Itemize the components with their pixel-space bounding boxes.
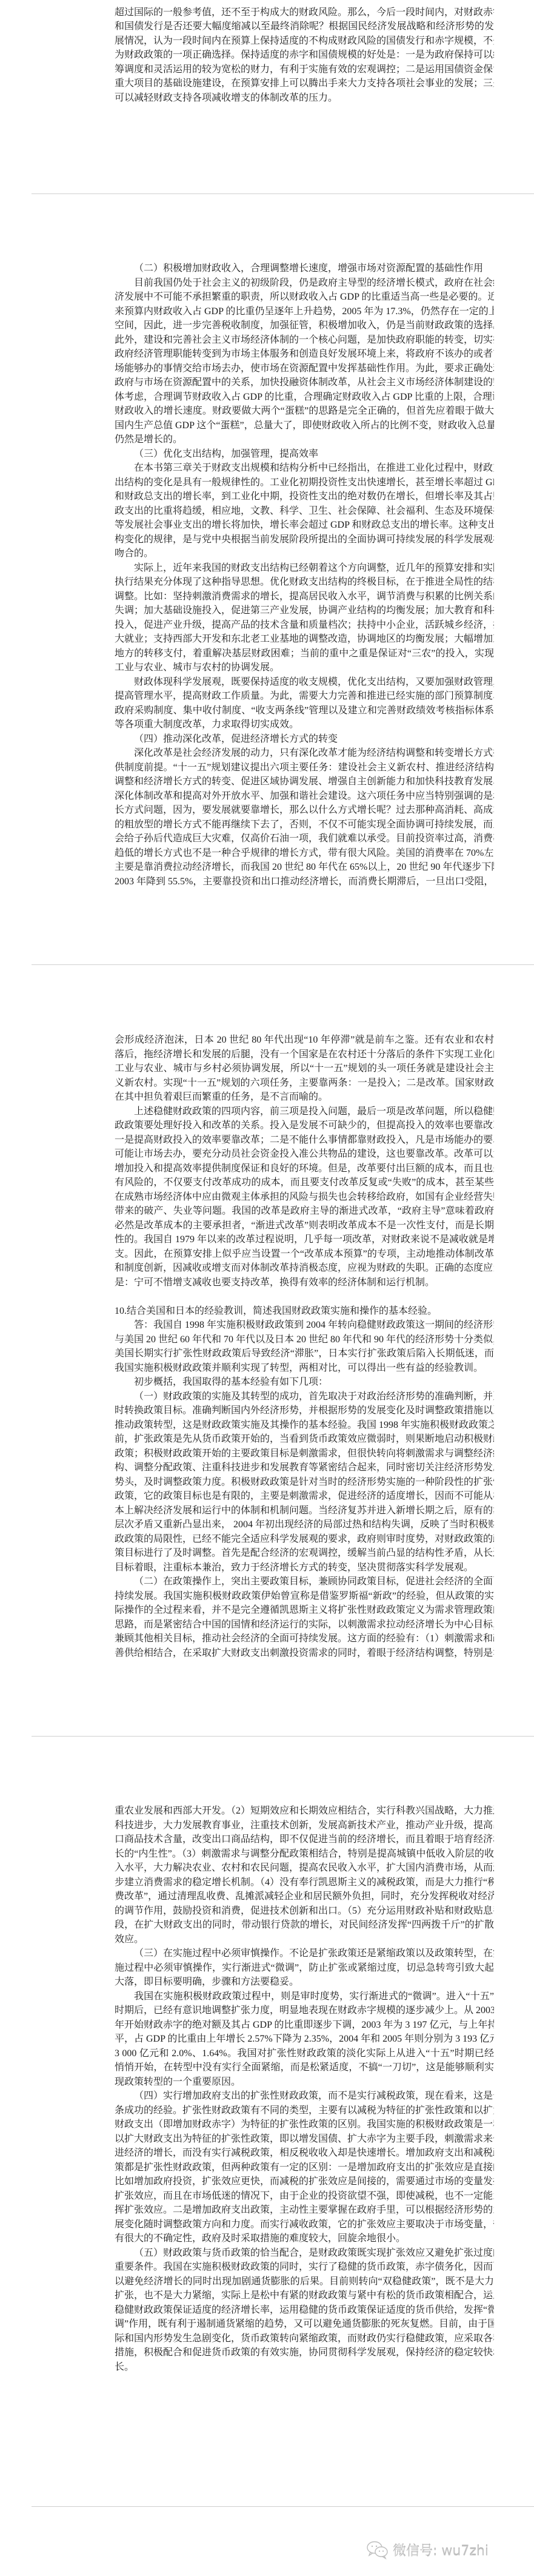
text-line: 为财政政策的一项正确选择。保持适度的赤字和国债规模的好处是：一是为政府保持可以统 xyxy=(115,48,494,62)
text-line: 答：我国自 1998 年实施积极财政政策到 2004 年转向稳健财政政策这一期间… xyxy=(115,1318,494,1333)
text-line: 和制度创新，因减收或增支而对体制改革持消极态度，应视为财政的失职。正确的态度应当 xyxy=(115,1261,494,1276)
text-line: 重大项目的基础设施建设，在预算安排上可以腾出手来大力支持各项社会事业的发展；三是 xyxy=(115,76,494,91)
watermark-label: 微信号: wu7zhi xyxy=(393,2541,489,2560)
text-line: 大落，即目标要明确，步骤和方法要稳妥。 xyxy=(115,1975,494,1989)
document-page: 超过国际的一般参考值，还不至于构成大的财政风险。那么，今后一段时间内，对财政赤字… xyxy=(115,0,494,105)
section-heading: 10.结合美国和日本的经验教训，简述我国财政政策实施和操作的基本经验。 xyxy=(115,1304,494,1319)
text-line: 现政策转型的一个重要原因。 xyxy=(115,2075,494,2090)
blank-line xyxy=(115,1290,494,1304)
text-line: 势头，及时调整政策力度。积极财政政策是针对当时的经济形势实施的一种阶段性的扩张性 xyxy=(115,1475,494,1490)
text-line: 工业与农业、城市与农村的协调发展。 xyxy=(115,661,494,675)
text-line: 效应。 xyxy=(115,1932,494,1947)
text-line: 在其中担负着艰巨而繁重的任务，是不言而喻的。 xyxy=(115,1090,494,1105)
text-line: 比如增加政府投资，扩张效应更快，而减税的扩张效应是间接的，需要通过市场的变量发挥 xyxy=(115,2174,494,2189)
text-line: 一是提高财政投入的效率要靠改革；二是不能什么事情都靠财政投入，凡是市场能办的要尽 xyxy=(115,1133,494,1148)
text-line: 财政体现科学发展观，既要保持适度的收支规模，优化支出结构，又要加强财政管理， xyxy=(115,675,494,690)
text-line: 策目标进行了及时调整。首先是配合经济的宏观调控，缓解当前凸显的结构性矛盾，从长远 xyxy=(115,1546,494,1561)
text-line: 趋低的增长方式也不是一种合乎规律的增长方式，带有很大风险。美国的消费率在 70%… xyxy=(115,846,494,861)
text-line: 此外，建设和完善社会主义市场经济体制的一个核心问题，是加快政府职能的转变，切实把 xyxy=(115,333,494,348)
text-line: 义新农村。实现“十一五”规划的六项任务，主要靠两条：一是投入；二是改革。国家财政 xyxy=(115,1076,494,1091)
text-line: （五）财政政策与货币政策的恰当配合，是财政政策既实现扩张效应又避免扩张过度的 xyxy=(115,2246,494,2261)
text-line: 地方的转移支付，着重解决基层财政困难；当前的重中之重是保证对“三农”的投入，实现 xyxy=(115,647,494,661)
text-line: 策都是扩张性财政政策，但两种政策有一定的区别：一是增加政府支出的扩张效应是直接的… xyxy=(115,2161,494,2175)
text-line: 口商品技术含量，改变出口商品结构，即不仅促进当前的经济增长，而且着眼于培育经济增 xyxy=(115,1832,494,1847)
text-line: 时转换政策目标。准确判断国内外经济形势，并根据形势的发展变化及时调整政策措施以及 xyxy=(115,1404,494,1418)
text-line: 政策；积极财政政策开始的主要政策目标是刺激需求，但很快转向将刺激需求与调整经济结 xyxy=(115,1447,494,1461)
text-line: 财政支出（即增加财政赤字）为特征的扩张性政策的区别。我国实施的积极财政政策是一种 xyxy=(115,2117,494,2132)
text-line: 步建立消费需求的稳定增长机制。（4）没有奉行凯恩斯主义的减税政策，而是大力推行“… xyxy=(115,1875,494,1890)
text-line: 主要是靠消费拉动经济增长，而我国 20 世纪 80 年代在 65%以上，20 世… xyxy=(115,860,494,875)
text-line: 兼顾其他相关目标，推动社会经济的全面可持续发展。这方面的经验有：（1）刺激需求和… xyxy=(115,1632,494,1646)
text-line: 持续发展。我国实施积极财政政策伊始曾宣称是借鉴罗斯福“新政”的经验，但从政策的实 xyxy=(115,1589,494,1604)
text-line: 重要条件。我国在实施积极财政政策的同时，实行了稳健的货币政策，赤字债务化，因而可 xyxy=(115,2260,494,2275)
text-line: 工业与农业、城市与乡村必须协调发展，所以“十一五”规划的头一项任务就是建设社会主 xyxy=(115,1061,494,1076)
document-page: 会形成经济泡沫，日本 20 世纪 80 年代出现“10 年停滞”就是前车之鉴。还… xyxy=(115,1033,494,1660)
text-line: 段，在扩大财政支出的同时，带动银行贷款的增长，对民间经济发挥“四两拨千斤”的扩散 xyxy=(115,1918,494,1932)
text-line: 是：宁可不惜增支减收也要支持改革，换得有效率的经济体制和运行机制。 xyxy=(115,1276,494,1290)
text-line: 深化体制改革和提高对外开放水平、加强和谐社会建设。这六项任务中应当特别强调的是增 xyxy=(115,789,494,804)
text-line: 会给子孙后代造成巨大灾难，仅高价石油一项，我们就难以承受。目前投资率过高，消费率 xyxy=(115,832,494,846)
text-line: 2003 年降到 55.5%，主要靠投资和出口推动经济增长，而消费长期滞后，一旦… xyxy=(115,875,494,889)
text-line: 入水平，大力解决农业、农村和农民问题，提高农民收入水平，扩大国内消费市场，从而逐 xyxy=(115,1861,494,1875)
text-line: 在本书第三章关于财政支出规模和结构分析中已经指出，在推进工业化过程中，财政支 xyxy=(115,461,494,476)
text-line: 财政收入的增长速度。财政要做大两个“蛋糕”的思路是完全正确的，但首先应着眼于做大 xyxy=(115,404,494,419)
text-line: 场能够办的事情交给市场去办，使市场在资源配置中发挥基础性作用。为此，要求正确处理 xyxy=(115,362,494,376)
text-line: （二）在政策操作上，突出主要政策目标，兼顾协同政策目标，促进社会经济的全面可 xyxy=(115,1575,494,1589)
text-line: 展变化随时调整政策方向和力度。而实行减收政策，它的扩张效应主要取决于市场变量，带 xyxy=(115,2218,494,2232)
text-line: 我国实施积极财政政策并顺利实现了转型，两相对比，可以得出一些有益的经验教训。 xyxy=(115,1361,494,1376)
text-line: 推动政策转型，这是财政政策实施及其操作的基本经验。我国 1998 年实施积极财政… xyxy=(115,1418,494,1433)
text-line: 调整。比如：坚持刺激消费需求的增长，提高居民收入水平，调节消费与积累的比例关系的 xyxy=(115,590,494,604)
text-line: 可以减轻财政支持各项减收增支的体制改革的压力。 xyxy=(115,91,494,106)
text-line: 落后，拖经济增长和发展的后腿，没有一个国家是在农村还十分落后的条件下实现工业化的… xyxy=(115,1048,494,1062)
text-line: 挥扩张效应。二是增加政府支出政策，主动性主要掌握在政府手里，可以根据经济形势的发 xyxy=(115,2203,494,2218)
document-page: （二）积极增加财政收入，合理调整增长速度，增强市场对资源配置的基础性作用目前我国… xyxy=(115,261,494,889)
text-line: 平，占 GDP 的比重由上年增长 2.57%下降为 2.35%，2004 年和 … xyxy=(115,2032,494,2046)
text-line: 措施，积极配合和促进货币政策的有效实施，协同贯彻科学发展观，保持经济的稳定较快增 xyxy=(115,2346,494,2360)
text-line xyxy=(115,0,494,5)
text-line: 美国长期实行扩张性财政政策后导致经济“滞胀”，日本实行扩张政策后陷入长期低迷，而 xyxy=(115,1347,494,1361)
wechat-watermark: 微信号: wu7zhi xyxy=(366,2540,489,2560)
text-line: 本上解决经济发展和运行中的体制和机制问题。当经济复苏并进入新增长期之后，原有的深 xyxy=(115,1504,494,1518)
text-line: 重农业发展和西部大开发。（2）短期效应和长期效应相结合，实行科教兴国战略，大力推… xyxy=(115,1804,494,1818)
text-line: 在成熟市场经济体中应由微观主体承担的风险与损失也会转移给政府，如国有企业经营失败 xyxy=(115,1190,494,1205)
text-line: 思路，而是紧密结合中国的国情和经济运行的实际，以刺激需求拉动经济增长为中心目标， xyxy=(115,1618,494,1632)
text-line: 3 000 亿元和 2.0%、1.64%。我国对扩张性财政政策的淡化实际上从进入… xyxy=(115,2046,494,2061)
text-line: 失调；加大基础设施投入，促进第三产业发展，协调产业结构的均衡发展；加大教育和科技 xyxy=(115,604,494,618)
section-heading: （二）积极增加财政收入，合理调整增长速度，增强市场对资源配置的基础性作用 xyxy=(115,261,494,276)
text-line: 长方式问题，因为，要发展就要靠增长，那么以什么方式增长呢？过去那种高消耗、高成本 xyxy=(115,803,494,818)
text-line: 等发展社会事业支出的增长将加快，增长率会超过 GDP 和财政总支出的增长率。这种… xyxy=(115,518,494,533)
text-line: 政政策要处理好投入和改革的关系。投入是发展不可缺少的，但提高投入的效率也要靠改革… xyxy=(115,1118,494,1133)
text-line: 层次矛盾又重新凸显出来， 2004 年初出现经济的局部过热和结构失调，反映了当时… xyxy=(115,1518,494,1532)
text-line: 悄悄开始，在转型中没有实行全面紧缩，而是松紧适度，不搞“一刀切”，这是能够顺利实 xyxy=(115,2060,494,2075)
document-page: 重农业发展和西部大开发。（2）短期效应和长期效应相结合，实行科教兴国战略，大力推… xyxy=(115,1804,494,2374)
text-line: 目标着眼，注重标本兼治，致力于经济增长方式的转变，坚决贯彻落实科学发展观。 xyxy=(115,1561,494,1575)
text-line: 仍然是增长的。 xyxy=(115,432,494,447)
text-line: 上述稳健财政政策的四项内容，前三项是投入问题，最后一项是改革问题，所以稳健财 xyxy=(115,1105,494,1119)
text-line: 施过程中必须审慎操作，实行渐进式“微调”，防止扩张或紧缩过度，切忌急转弯引致大起 xyxy=(115,1961,494,1976)
text-line: 国内生产总值 GDP 这个“蛋糕”，总量大了，即使财政收入所占的比例不变，财政收… xyxy=(115,419,494,433)
text-line: 空间，因此，进一步完善税收制度，加强征管，积极增加收入，仍是当前财政政策的选择。 xyxy=(115,318,494,333)
text-line: 性的。我国自 1979 年以来的改革过程说明，几乎每一项改革，对财政来说不是减收… xyxy=(115,1233,494,1247)
text-line: 投入，促进产业升级，提高产品的技术含量和质量档次；扶持中小企业，活跃城乡经济，扩 xyxy=(115,618,494,633)
text-line: （四）实行增加政府支出的扩张性财政政策，而不是实行减税政策，现在看来，这是一 xyxy=(115,2089,494,2104)
text-line: 的粗放型的增长方式不能再继续下去了，否则，不仅不可能实现全面协调可持续发展，而且 xyxy=(115,818,494,832)
text-line: 调整和经济增长方式的转变、促进区域协调发展、增强自主创新能力和加快科技教育发展、 xyxy=(115,775,494,789)
text-line: 政政策的局限性，已经不能完全适应科学发展观的要求，政府则审时度势，对财政政策的政 xyxy=(115,1532,494,1547)
text-line: 扩张，也不是大力紧缩，实际上是松中有紧的财政政策与紧中有松的货币政策相配合，运用 xyxy=(115,2288,494,2303)
text-line: （三）在实施过程中必须审慎操作。不论是扩张政策还是紧缩政策以及政策转型，在实 xyxy=(115,1946,494,1961)
text-line: 时期后，已经有意识地调整扩张力度，明显地表现在财政赤字规模的逐步减少上。从 20… xyxy=(115,2003,494,2018)
text-line: 可能让市场去办，要充分动员社会资金投入准公共物品的建设，这也要靠改革。改革可以为 xyxy=(115,1147,494,1162)
text-line: 政策，它的政策目标也是有限的，主要是刺激需求，促进经济的适度增长，因而不可能从根 xyxy=(115,1489,494,1504)
text-line: 政府经济管理职能转变到为市场主体服务和创造良好发展环境上来，将政府不该办的或者市 xyxy=(115,347,494,362)
text-line: 带来的破产、失业等问题。我国的改革是政府主导的渐进式改革，“政府主导”意味着政府 xyxy=(115,1204,494,1219)
text-line: 际和国内形势发生急剧变化，货币政策转向紧缩政策，而财政仍实行稳健政策，应采取各种 xyxy=(115,2332,494,2346)
page-divider xyxy=(32,964,534,965)
text-line: 进经济的增长，而没有实行减税政策，相反税收收入却是快速增长。增加政府支出和减税政 xyxy=(115,2146,494,2161)
text-line: 和国债发行是否还要大幅度缩减以至最终消除呢？根据国民经济发展战略和经济形势的发 xyxy=(115,19,494,34)
text-line: 会形成经济泡沫，日本 20 世纪 80 年代出现“10 年停滞”就是前车之鉴。还… xyxy=(115,1033,494,1048)
text-line: 际操作的全过程来看，并不是完全遵循凯恩斯主义将扩张性财政政策定义为需求管理政策的 xyxy=(115,1603,494,1618)
section-heading: （四）推动深化改革，促进经济增长方式的转变 xyxy=(115,732,494,747)
text-line: 调”作用，既有利于遏制通货紧缩的趋势，又可以避免通货膨胀的死灰复燃。目前，由于国 xyxy=(115,2317,494,2332)
text-line: 构变化的规律，是与党中央根据当前发展阶段所提出的全面协调可持续发展的科学发展观相 xyxy=(115,533,494,547)
text-line: 必然是改革成本的主要承担者，“渐进式改革”则表明改革成本不是一次性支付，而是长期 xyxy=(115,1219,494,1233)
text-line: 吻合的。 xyxy=(115,546,494,561)
text-line: 构、调整分配政策、注重科技进步和发展教育等紧密结合起来，同时密切关注经济形势发展 xyxy=(115,1461,494,1475)
text-line: 等各项重大制度改革，力求取得切实成效。 xyxy=(115,718,494,732)
page-divider xyxy=(32,2506,534,2507)
text-line: 前，扩张政策是先从货币政策开始的，当看到货币政策效应微弱时，则果断地启动积极财政 xyxy=(115,1432,494,1447)
text-line: 与美国 20 世纪 60 年代和 70 年代以及日本 20 世纪 80 年代和 … xyxy=(115,1333,494,1347)
text-line: 政府采购制度、集中收付制度、“收支两条线”管理以及建立和完善财政绩效考核指标体系 xyxy=(115,704,494,718)
text-line: 筹调度和灵活运用的较为宽松的财力，有利于实施有效的宏观调控；二是运用国债资金保证 xyxy=(115,62,494,77)
text-line: 目前我国仍处于社会主义的初级阶段，仍是政府主导型的经济增长模式，政府在社会经 xyxy=(115,276,494,291)
text-line: 超过国际的一般参考值，还不至于构成大的财政风险。那么，今后一段时间内，对财政赤字 xyxy=(115,5,494,20)
page-divider xyxy=(32,1736,534,1737)
text-line: 政府与市场在资源配置中的关系，加快投融资体制改革，从社会主义市场经济体制建设的整 xyxy=(115,375,494,390)
text-line: 济发展中不可能不承担繁重的职责，所以财政收入占 GDP 的比重适当高一些是必要的… xyxy=(115,290,494,304)
text-line: 长。 xyxy=(115,2360,494,2375)
text-line: 支。因此，在预算安排上似乎应当设置一个“改革成本预算”的专项，主动地推动体制改革 xyxy=(115,1247,494,1262)
text-line: 以避免经济增长的同时出现加剧通货膨胀的后果。目前则转向“双稳健政策”，既不是大力 xyxy=(115,2275,494,2289)
text-line: 长的“内生性”。（3）刺激需求与调整分配政策相结合，特别是提高城镇中低收入阶层的… xyxy=(115,1847,494,1861)
text-line: 政支出的比重将趋缓，相应地，文教、科学、卫生、社会保障、社会福利、生态及环境保护 xyxy=(115,504,494,519)
text-line: 体考虑，合理调节财政收入占 GDP 的比重，合理确定财政收入占 GDP 比重的上… xyxy=(115,390,494,405)
text-line: 有很大的不确定性，政府及时采取措施的难度较大，回旋余地很小。 xyxy=(115,2231,494,2246)
text-line: 年开始财政赤字的绝对额及其占 GDP 的比重即逐步下调，2003 年为 3 19… xyxy=(115,2018,494,2033)
text-line: 扩张效应，而且在市场低迷的情况下，由于企业的投资欲望不强，即使减税，也不一定能发 xyxy=(115,2189,494,2204)
text-line: 的调节作用，鼓励投资和消费，促进技术创新和出口。（5）充分运用财政补贴和财政贴息… xyxy=(115,1904,494,1919)
text-line: 费改革”，通过清理乱收费、乱摊派减轻企业和居民额外负担，同时，充分发挥税收对经济 xyxy=(115,1889,494,1904)
section-heading: （三）优化支出结构，加强管理，提高效率 xyxy=(115,447,494,462)
text-line: 我国在实施积极财政政策过程中，则是审时度势，实行渐进式的“微调”。进入“十五” xyxy=(115,1989,494,2004)
text-line: 大就业；支持西部大开发和东北老工业基地的调整改造，协调地区的均衡发展；大幅增加对 xyxy=(115,632,494,647)
text-line: 有风险的，不仅要支付改革成功的成本，而且要支付改革反复或“失败”的成本，甚至某些 xyxy=(115,1175,494,1190)
text-line: 初步概括，我国取得的基本经验有如下几项： xyxy=(115,1375,494,1390)
page-divider xyxy=(32,193,534,194)
text-line: 提高管理水平，提高财政工作质量。为此，需要大力完善和推进已经实施的部门预算制度、 xyxy=(115,689,494,704)
text-line: 以扩大财政支出为特征的扩张性政策，即以增发国债、扩大赤字为主要手段，刺激需求来促 xyxy=(115,2132,494,2147)
text-line: 科技进步，大力发展教育事业，注重技术创新，发展高新技术产业，推动产业升级，提高出 xyxy=(115,1818,494,1833)
text-line: 来预算内财政收入占 GDP 的比重仍呈逐年上升趋势，2005 年为 17.3%，… xyxy=(115,304,494,319)
text-line: 出结构的变化是具有一般规律性的。工业化初期投资性支出快速增长，甚至增长率超过 G… xyxy=(115,476,494,490)
text-line: 深化改革是社会经济发展的动力，只有深化改革才能为经济结构调整和转变增长方式提 xyxy=(115,746,494,761)
text-line: 展情况，认为一段时间内在预算上保持适度的不构成财政风险的国债发行和赤字规模，不失 xyxy=(115,34,494,49)
text-line: 善供给相结合，在采取扩大财政支出刺激投资需求的同时，着眼于经济结构调整，特别是注 xyxy=(115,1646,494,1661)
text-line: 供制度前提。“十一五”规划建议提出六项主要任务：建设社会主义新农村、推进经济结构 xyxy=(115,761,494,775)
wechat-icon xyxy=(366,2540,389,2560)
text-line: 增加投入和提高效率提供制度保证和良好的环境。但是，改革要付出巨额的成本，而且也是 xyxy=(115,1162,494,1176)
text-line: 条成功的经验。扩张性财政政策有不同的类型，主要有以减税为特征的扩张性政策和以扩大 xyxy=(115,2104,494,2118)
text-line: 和财政总支出的增长率，到工业化中期，投资性支出的绝对数仍在增长，但增长率及其占财 xyxy=(115,489,494,504)
text-line: 实际上，近年来我国的财政支出结构已经朝着这个方向调整，近几年的预算安排和实际 xyxy=(115,561,494,576)
text-line: 执行结果充分体现了这种指导思想。优化财政支出结构的终极目标，在于推进全局性的结构 xyxy=(115,575,494,590)
text-line: （一）财政政策的实施及其转型的成功，首先取决于对政治经济形势的准确判断，并及 xyxy=(115,1390,494,1404)
text-line: 稳健财政政策保证适度的经济增长率，运用稳健的货币政策保证适度的货币供给，发挥“微 xyxy=(115,2303,494,2318)
